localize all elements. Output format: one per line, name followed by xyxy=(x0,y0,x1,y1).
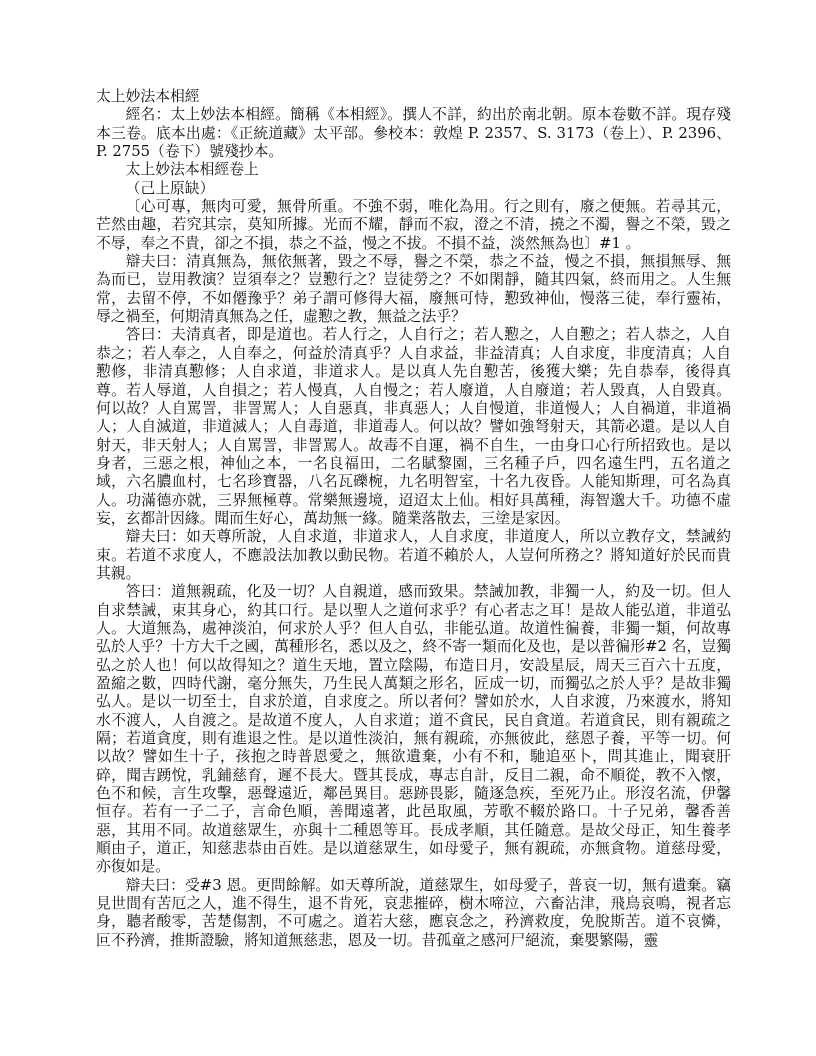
paragraph-colophon: 經名：太上妙法本相經。簡稱《本相經》。撰人不詳，約出於南北朝。原本卷數不詳。現存… xyxy=(96,106,731,161)
paragraph-bianfu-1: 辯夫曰：清真無為，無依無著，毀之不辱，譽之不榮，恭之不益，慢之不損，無損無辱、無… xyxy=(96,253,731,326)
document-page: 太上妙法本相經 經名：太上妙法本相經。簡稱《本相經》。撰人不詳，約出於南北朝。原… xyxy=(0,0,816,1056)
paragraph-bianfu-3: 辯夫曰：受#3 恩。更問餘解。如天尊所說，道慈眾生，如母愛子，普哀一切，無有遺棄… xyxy=(96,877,731,950)
paragraph-volume-heading: 太上妙法本相經卷上 xyxy=(96,161,731,179)
document-title: 太上妙法本相經 xyxy=(96,88,731,106)
paragraph-answer-1: 答曰：夫清真者，即是道也。若人行之，人自行之；若人懃之，人自懃之；若人恭之，人自… xyxy=(96,326,731,528)
paragraph-answer-2: 答曰：道無親疏，化及一切？人自親道，感而致果。禁誡加教，非獨一人，約及一切。但人… xyxy=(96,583,731,877)
paragraph-bianfu-2: 辯夫曰：如天尊所說，人自求道，非道求人，人自求度，非道度人，所以立教存文，禁誡約… xyxy=(96,528,731,583)
paragraph-opening: 〔心可專，無肉可愛，無骨所重。不強不弱，唯化為用。行之則有，廢之便無。若尋其元，… xyxy=(96,198,731,253)
paragraph-missing-note: （己上原缺） xyxy=(96,180,731,198)
document-body: 太上妙法本相經 經名：太上妙法本相經。簡稱《本相經》。撰人不詳，約出於南北朝。原… xyxy=(96,88,731,950)
